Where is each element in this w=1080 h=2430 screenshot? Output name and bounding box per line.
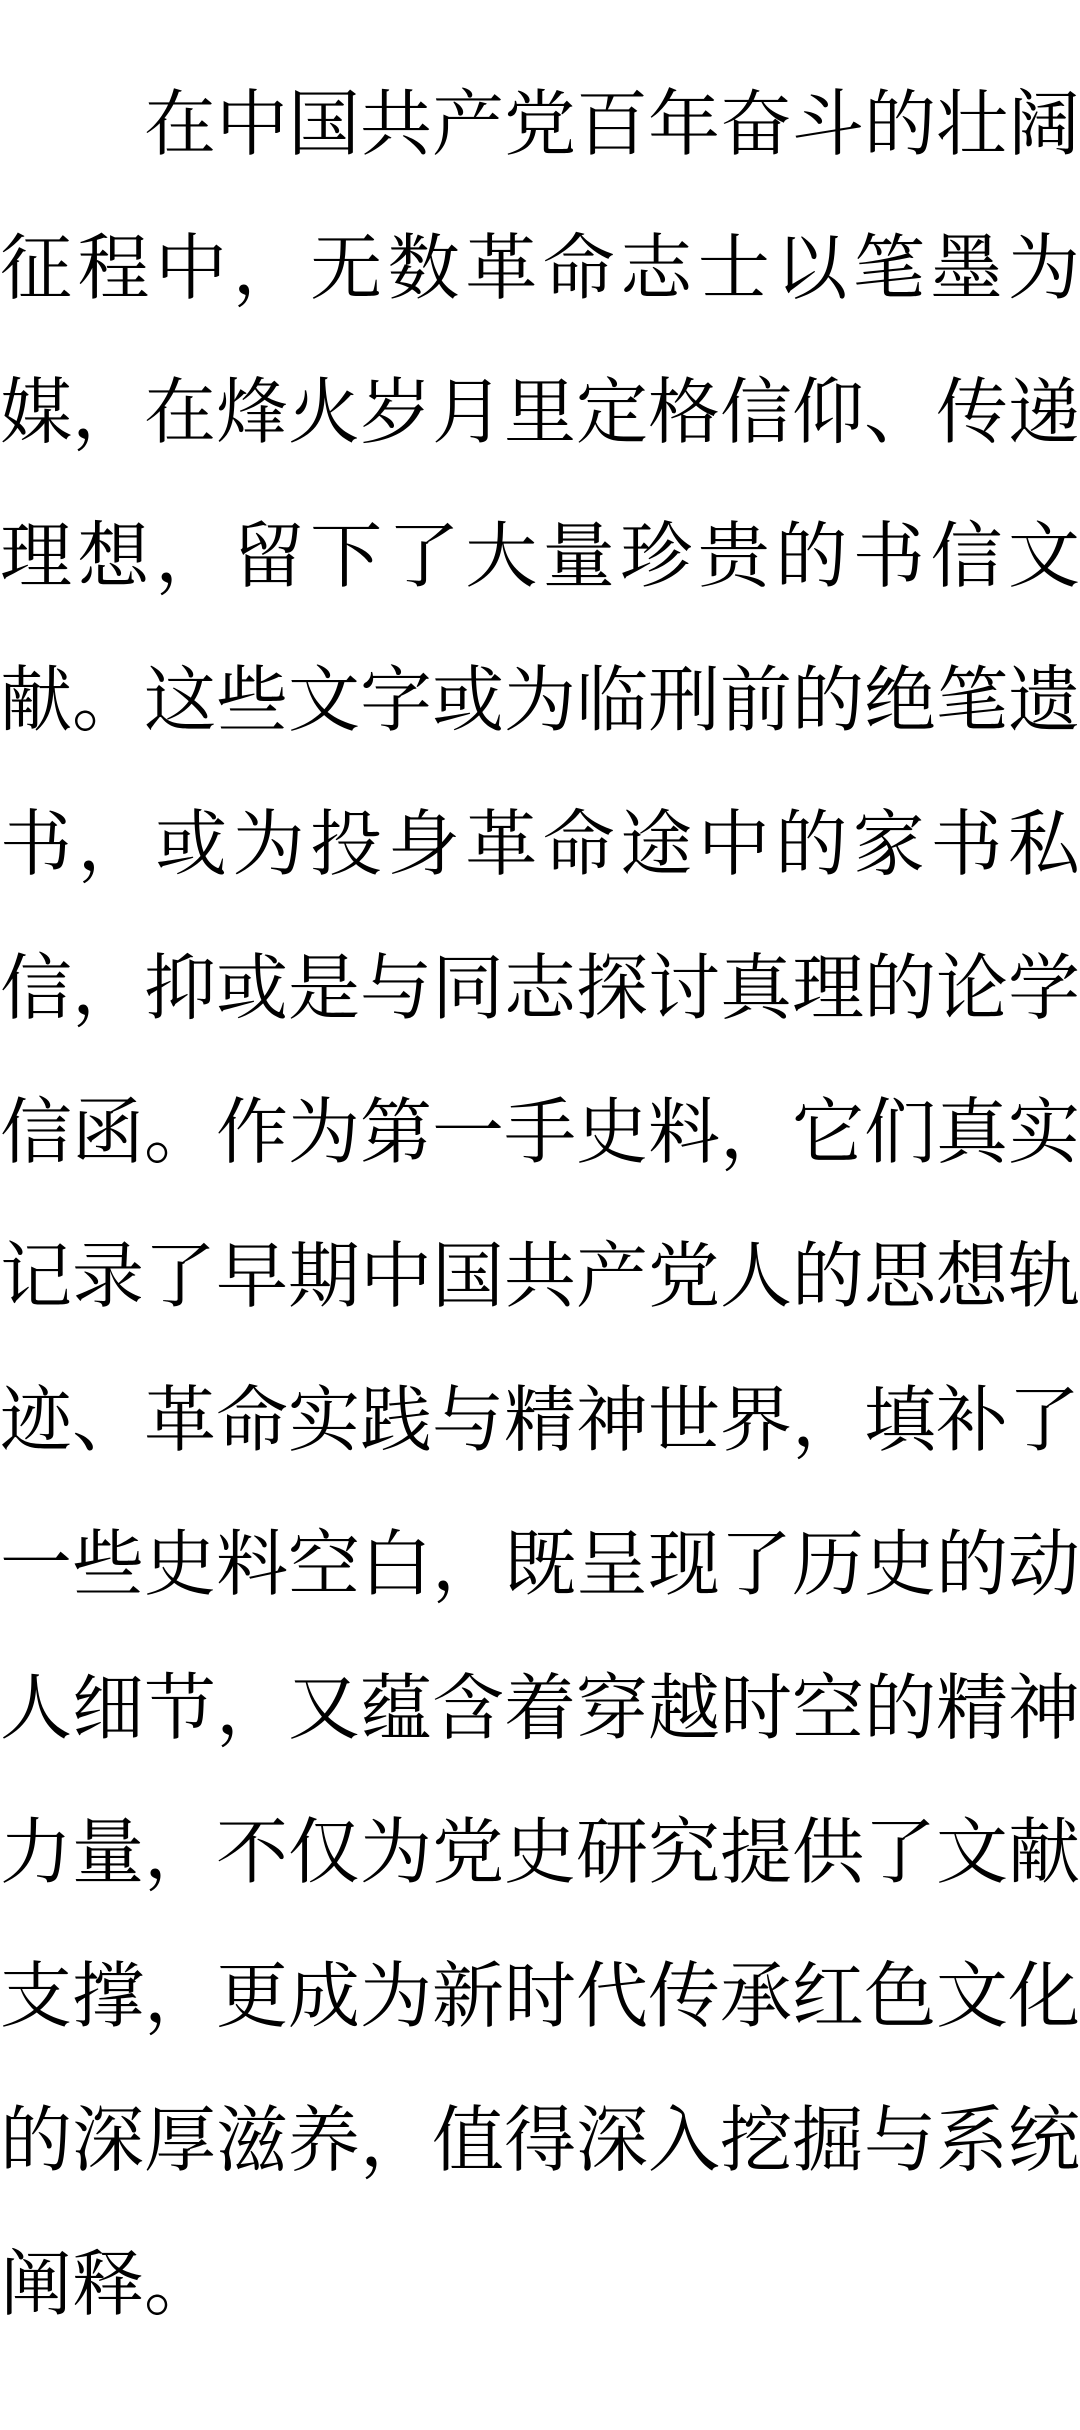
text-line-4: 理想，留下了大量珍贵的书信文	[0, 484, 1080, 628]
text-line-7: 信，抑或是与同志探讨真理的论学	[0, 916, 1080, 1060]
text-line-8: 信函。作为第一手史料，它们真实	[0, 1060, 1080, 1204]
text-line-16: 阐释。	[0, 2212, 1080, 2356]
text-line-13: 力量，不仅为党史研究提供了文献	[0, 1780, 1080, 1924]
text-line-5: 献。这些文字或为临刑前的绝笔遗	[0, 628, 1080, 772]
text-line-15: 的深厚滋养，值得深入挖掘与系统	[0, 2068, 1080, 2212]
paragraph: 在中国共产党百年奋斗的壮阔 征程中，无数革命志士以笔墨为 媒，在烽火岁月里定格信…	[0, 0, 1080, 2356]
document-page: 在中国共产党百年奋斗的壮阔 征程中，无数革命志士以笔墨为 媒，在烽火岁月里定格信…	[0, 0, 1080, 2430]
text-line-10: 迹、革命实践与精神世界，填补了	[0, 1348, 1080, 1492]
text-line-14: 支撑，更成为新时代传承红色文化	[0, 1924, 1080, 2068]
text-line-2: 征程中，无数革命志士以笔墨为	[0, 196, 1080, 340]
text-line-12: 人细节，又蕴含着穿越时空的精神	[0, 1636, 1080, 1780]
text-line-9: 记录了早期中国共产党人的思想轨	[0, 1204, 1080, 1348]
text-line-3: 媒，在烽火岁月里定格信仰、传递	[0, 340, 1080, 484]
text-line-1: 在中国共产党百年奋斗的壮阔	[0, 52, 1080, 196]
text-line-11: 一些史料空白，既呈现了历史的动	[0, 1492, 1080, 1636]
text-line-6: 书，或为投身革命途中的家书私	[0, 772, 1080, 916]
